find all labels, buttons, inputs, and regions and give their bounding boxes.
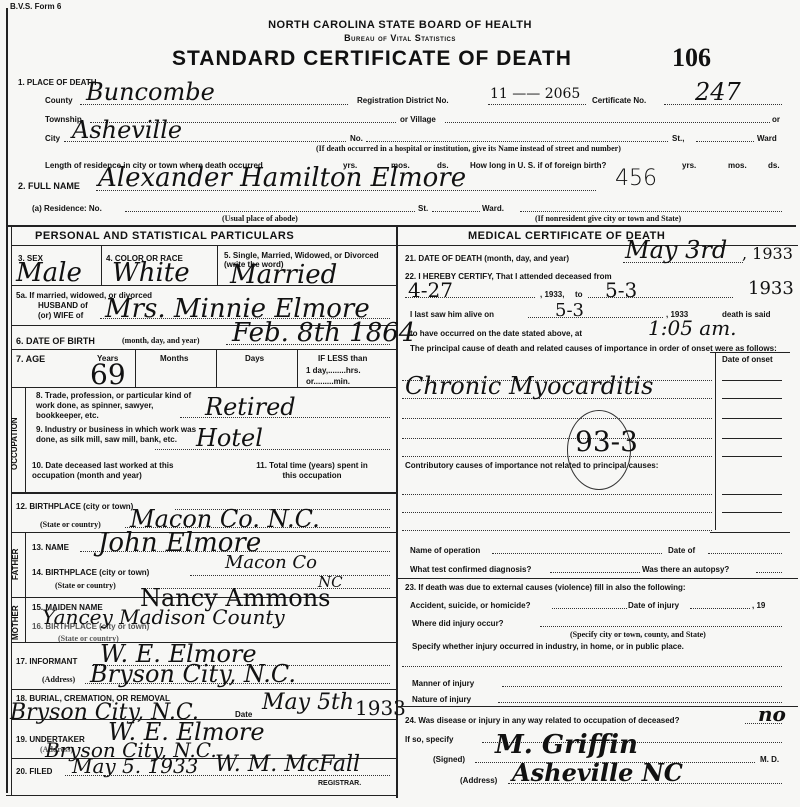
- bureau-name: Bureau of Vital Statistics: [0, 33, 800, 43]
- county-label: County: [45, 96, 73, 105]
- nature-label: Nature of injury: [412, 695, 471, 704]
- physician-address-label: (Address): [460, 776, 497, 785]
- operation-label: Name of operation: [410, 546, 480, 555]
- village-label: or Village: [400, 115, 436, 124]
- total-time-label: 11. Total time (years) spent in this occ…: [252, 461, 372, 481]
- occurred-label: to have occurred on the date stated abov…: [410, 329, 582, 338]
- external-causes-label: 23. If death was due to external causes …: [405, 583, 686, 592]
- test-label: What test confirmed diagnosis?: [410, 565, 531, 574]
- sex-value: Male: [16, 258, 82, 288]
- dod-value: May 3rd: [625, 236, 727, 264]
- dod-label: 21. DATE OF DEATH (month, day, and year): [405, 254, 569, 263]
- board-name: NORTH CAROLINA STATE BOARD OF HEALTH: [0, 19, 800, 31]
- industry-value: Hotel: [196, 424, 263, 452]
- occupation-related-label: 24. Was disease or injury in any way rel…: [405, 716, 679, 725]
- filed-date: May 5. 1933: [72, 754, 198, 778]
- time-value: 1:05 am.: [648, 316, 737, 340]
- abode-note: (Usual place of abode): [222, 214, 298, 223]
- where-label: Where did injury occur?: [412, 619, 504, 628]
- autopsy-label: Was there an autopsy?: [642, 565, 729, 574]
- registrar-signature: W. M. McFall: [215, 752, 360, 777]
- left-border: [6, 8, 8, 793]
- reg-district-value: 11 —— 2065: [490, 86, 580, 102]
- personal-header: PERSONAL AND STATISTICAL PARTICULARS: [35, 230, 294, 242]
- cause-value: Chronic Myocarditis: [405, 372, 653, 400]
- father-birthplace-label: 14. BIRTHPLACE (city or town): [32, 568, 149, 577]
- filed-label: 20. FILED: [16, 767, 52, 776]
- certificate-label: Certificate No.: [592, 96, 646, 105]
- certificate-value: 247: [695, 78, 741, 106]
- industry-label: 9. Industry or business in which work wa…: [36, 425, 201, 445]
- mother-birthplace-value: Yancey Madison County: [42, 605, 285, 629]
- birthplace-label: 12. BIRTHPLACE (city or town): [16, 502, 133, 511]
- manner-label: Manner of injury: [412, 679, 474, 688]
- accident-label: Accident, suicide, or homicide?: [410, 601, 530, 610]
- informant-label: 17. INFORMANT: [16, 657, 77, 666]
- foreign-birth-label: How long in U. S. if of foreign birth?: [470, 161, 606, 170]
- dod-year: , 1933: [742, 244, 793, 263]
- trade-value: Retired: [205, 393, 296, 421]
- if-so-label: If so, specify: [405, 735, 453, 744]
- full-name-label: 2. FULL NAME: [18, 181, 80, 191]
- contributory-label: Contributory causes of importance not re…: [405, 461, 705, 471]
- attended-to: 5-3: [605, 278, 637, 302]
- cause-code: 93-3: [575, 425, 638, 458]
- form-id: B.V.S. Form 6: [10, 2, 61, 11]
- county-value: Buncombe: [86, 78, 215, 106]
- hospital-note: (If death occurred in a hospital or inst…: [316, 144, 621, 153]
- page-title: STANDARD CERTIFICATE OF DEATH: [172, 47, 572, 71]
- specify-place-label: Specify whether injury occurred in indus…: [412, 642, 684, 651]
- physician-address: Asheville NC: [512, 758, 683, 787]
- attended-from: 4-27: [408, 278, 453, 302]
- death-certificate: B.V.S. Form 6 NORTH CAROLINA STATE BOARD…: [0, 0, 800, 807]
- informant-address: Bryson City, N.C.: [90, 660, 296, 688]
- onset-label: Date of onset: [722, 355, 773, 364]
- city-value: Asheville: [72, 116, 182, 144]
- place-of-death-label: 1. PLACE OF DEATH: [18, 78, 97, 87]
- registrar-label: REGISTRAR.: [318, 780, 361, 787]
- father-birthplace-city: Macon Co: [225, 552, 317, 573]
- age-label: 7. AGE: [16, 354, 45, 364]
- full-name-value: Alexander Hamilton Elmore: [98, 163, 466, 193]
- last-saw-label: I last saw him alive on: [410, 310, 494, 319]
- reg-district-label: Registration District No.: [357, 96, 449, 105]
- signed-label: (Signed): [433, 755, 465, 764]
- where-note: (Specify city or town, county, and State…: [570, 630, 706, 639]
- burial-date: May 5th: [262, 690, 354, 715]
- occupation-related-value: no: [758, 702, 786, 726]
- occupation-side-label: OCCUPATION: [10, 417, 19, 470]
- full-name-note: 456: [615, 166, 657, 191]
- father-name-label: 13. NAME: [32, 543, 69, 552]
- race-value: White: [112, 258, 190, 288]
- physician-signature: M. Griffin: [495, 730, 638, 760]
- mother-side-label: MOTHER: [11, 605, 20, 640]
- last-worked-label: 10. Date deceased last worked at this oc…: [32, 461, 192, 481]
- nonresident-note: (If nonresident give city or town and St…: [535, 214, 681, 223]
- city-label: City: [45, 134, 60, 143]
- last-saw-value: 5-3: [555, 300, 584, 321]
- attended-to-year: 1933: [748, 278, 794, 299]
- father-side-label: FATHER: [11, 549, 20, 580]
- burial-year: 1933: [355, 696, 406, 720]
- trade-label: 8. Trade, profession, or particular kind…: [36, 391, 201, 421]
- injury-date-label: Date of injury: [628, 601, 679, 610]
- dob-value: Feb. 8th 1864: [232, 318, 415, 348]
- stamp-number: 106: [672, 43, 711, 73]
- dob-label: 6. DATE OF BIRTH: [16, 336, 95, 346]
- residence-label: (a) Residence: No.: [32, 204, 102, 213]
